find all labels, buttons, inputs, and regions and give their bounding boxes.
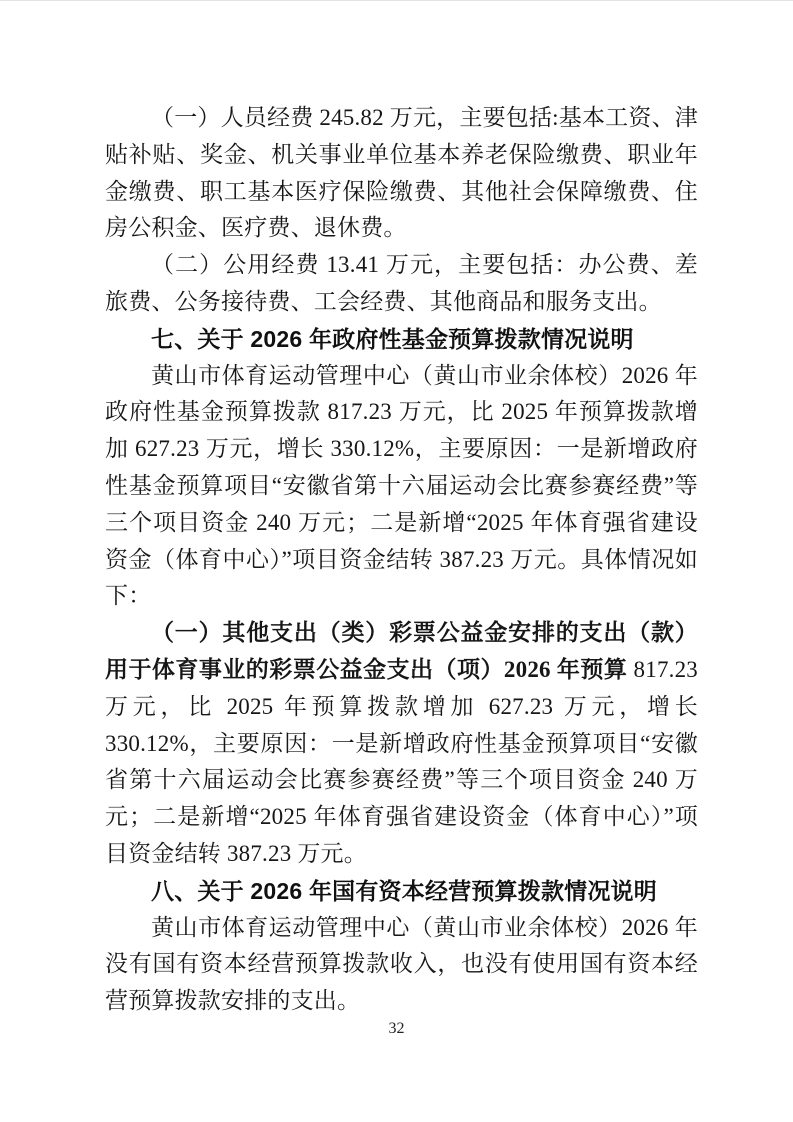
page-number: 32 bbox=[0, 1018, 793, 1040]
paragraph-other-expenditure-bold-lead: （一）其他支出（类）彩票公益金安排的支出（款）用于体育事业的彩票公益金支出（项）… bbox=[105, 620, 698, 682]
paragraph-state-capital-budget: 黄山市体育运动管理中心（黄山市业余体校）2026 年没有国有资本经营预算拨款收入… bbox=[105, 910, 698, 1020]
paragraph-other-expenditure: （一）其他支出（类）彩票公益金安排的支出（款）用于体育事业的彩票公益金支出（项）… bbox=[105, 615, 698, 873]
paragraph-public-expenses: （二）公用经费 13.41 万元，主要包括：办公费、差旅费、公务接待费、工会经费… bbox=[105, 247, 698, 321]
section-7-heading: 七、关于 2026 年政府性基金预算拨款情况说明 bbox=[105, 321, 698, 358]
paragraph-personnel-expenses: （一）人员经费 245.82 万元，主要包括:基本工资、津贴补贴、奖金、机关事业… bbox=[105, 100, 698, 247]
document-body: （一）人员经费 245.82 万元，主要包括:基本工资、津贴补贴、奖金、机关事业… bbox=[105, 100, 698, 1020]
paragraph-government-fund-budget: 黄山市体育运动管理中心（黄山市业余体校）2026 年政府性基金预算拨款 817.… bbox=[105, 358, 698, 616]
paragraph-other-expenditure-rest: 817.23 万元，比 2025 年预算拨款增加 627.23 万元，增长 33… bbox=[105, 657, 698, 866]
document-page: （一）人员经费 245.82 万元，主要包括:基本工资、津贴补贴、奖金、机关事业… bbox=[0, 0, 793, 1122]
section-8-heading: 八、关于 2026 年国有资本经营预算拨款情况说明 bbox=[105, 873, 698, 910]
